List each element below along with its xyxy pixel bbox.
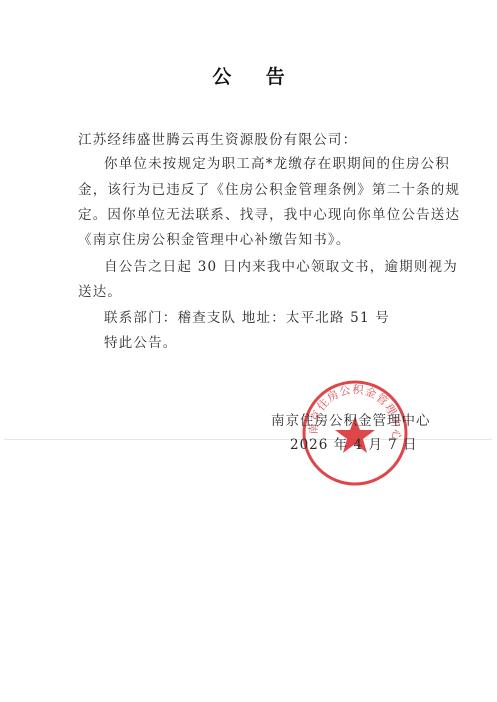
signature-organization: 南京住房公积金管理中心 xyxy=(271,409,431,429)
body-line-3: 定。因你单位无法联系、找寻，我中心现向你单位公告送达 xyxy=(78,203,460,223)
body-line-5: 自公告之日起 30 日内来我中心领取文书，逾期则视为 xyxy=(104,255,458,275)
closing-line: 特此公告。 xyxy=(104,331,178,351)
page-title: 公 告 xyxy=(0,62,497,89)
signature-date: 2026 年 4 月 7 日 xyxy=(290,433,418,453)
body-line-2: 金，该行为已违反了《住房公积金管理条例》第二十条的规 xyxy=(78,178,460,198)
body-line-4: 《南京住房公积金管理中心补缴告知书》。 xyxy=(78,228,351,248)
page-divider xyxy=(4,439,492,440)
addressee: 江苏经纬盛世腾云再生资源股份有限公司： xyxy=(78,128,357,148)
contact-line: 联系部门：稽查支队 地址：太平北路 51 号 xyxy=(104,306,390,326)
body-line-1: 你单位未按规定为职工高*龙缴存在职期间的住房公积 xyxy=(104,152,450,172)
body-line-6: 送达。 xyxy=(78,280,122,300)
